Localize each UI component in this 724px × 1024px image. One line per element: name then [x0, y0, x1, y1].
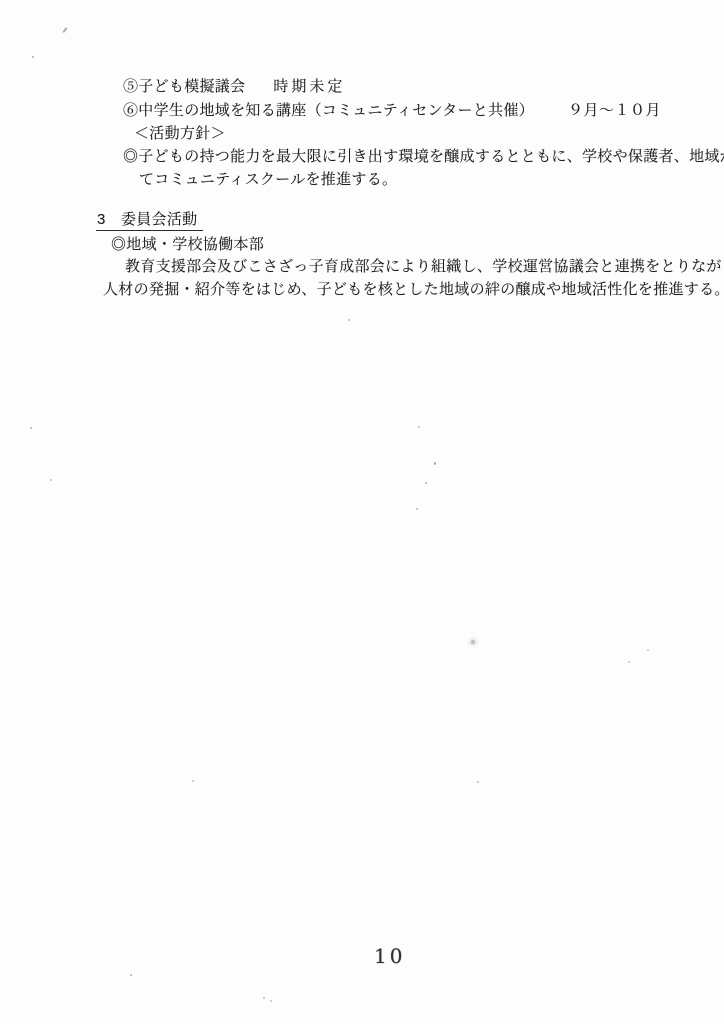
- scan-speck: [348, 319, 350, 321]
- committee-section: 3 委員会活動: [96, 210, 203, 229]
- program-item-5: ⑤子ども模擬議会 時期未定: [123, 77, 345, 96]
- committee-body-line-1: 教育支援部会及びこさざっ子育成部会により組織し、学校運営協議会と連携をとりながら…: [125, 257, 724, 276]
- scanned-document-page: ⑤子ども模擬議会 時期未定 ⑥中学生の地域を知る講座（コミュニティセンターと共催…: [0, 0, 724, 1024]
- scan-speck: [418, 426, 420, 428]
- scan-speck: [477, 781, 479, 783]
- scan-speck: [434, 462, 436, 465]
- policy-text-line-1: ◎子どもの持つ能力を最大限に引き出す環境を醸成するとともに、学校や保護者、地域が…: [123, 147, 724, 166]
- scan-speck: [30, 427, 32, 429]
- program-item-6-schedule: ９月～１０月: [568, 101, 661, 120]
- scan-speck: [647, 649, 649, 651]
- program-item-5-label: ⑤子ども模擬議会: [123, 77, 245, 96]
- committee-subheading: ◎地域・学校協働本部: [111, 235, 264, 254]
- committee-section-heading: 3 委員会活動: [96, 211, 203, 231]
- scan-speck: [425, 482, 427, 484]
- page-number: 10: [374, 944, 405, 968]
- program-item-6-label: ⑥中学生の地域を知る講座（コミュニティセンターと共催）: [123, 101, 534, 120]
- scan-speck: [628, 661, 630, 663]
- scan-speck: [50, 479, 52, 481]
- committee-body-line-2: 人材の発掘・紹介等をはじめ、子どもを核とした地域の絆の醸成や地域活性化を推進する…: [103, 280, 724, 299]
- scan-speck: [471, 640, 475, 644]
- scan-speck: [62, 27, 67, 33]
- policy-header: ＜活動方針＞: [134, 124, 226, 143]
- scan-speck: [270, 1000, 272, 1002]
- scan-speck: [130, 974, 132, 976]
- program-item-5-schedule: 時期未定: [273, 77, 345, 96]
- scan-speck: [416, 508, 418, 510]
- program-item-6: ⑥中学生の地域を知る講座（コミュニティセンターと共催） ９月～１０月: [123, 101, 661, 120]
- policy-text-line-2: てコミュニティスクールを推進する。: [139, 170, 397, 189]
- scan-speck: [192, 780, 194, 782]
- scan-speck: [32, 56, 34, 58]
- scan-speck: [263, 997, 265, 999]
